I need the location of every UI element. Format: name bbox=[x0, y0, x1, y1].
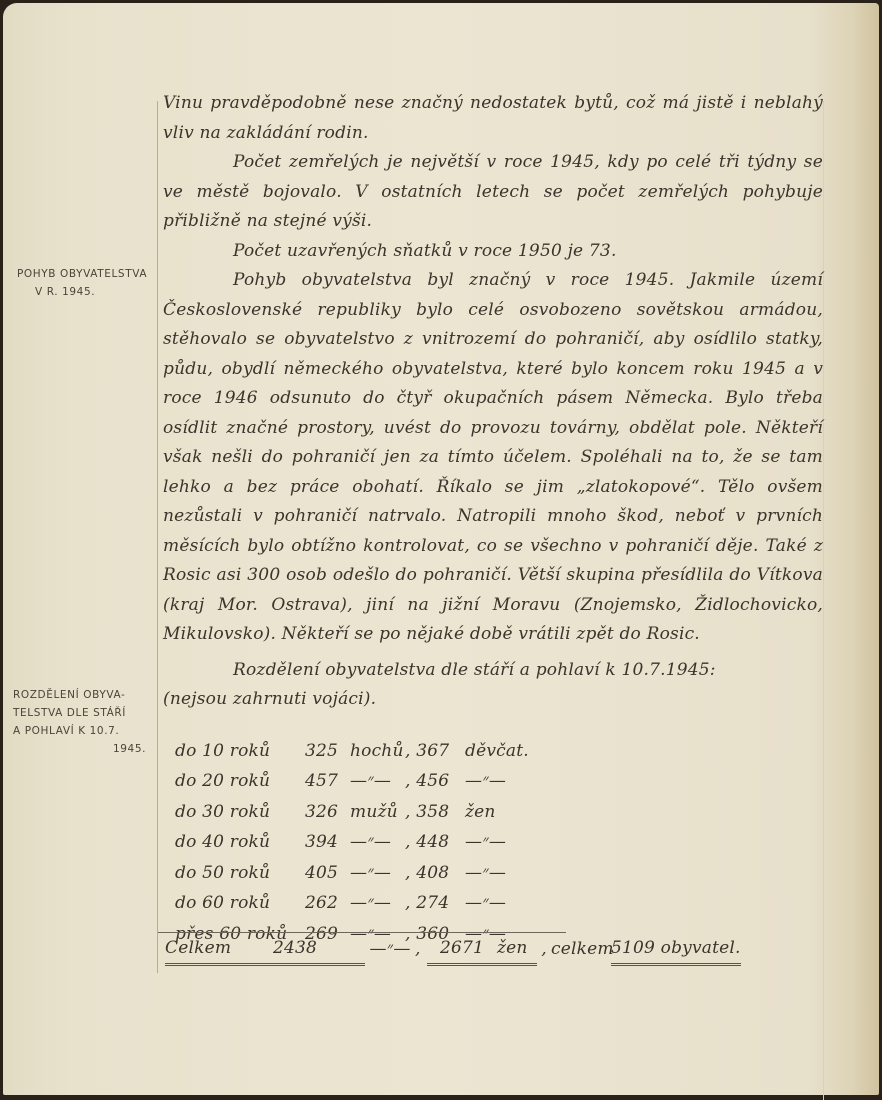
male-count: 457 bbox=[305, 767, 350, 797]
male-count: 326 bbox=[305, 798, 350, 828]
separator: , 456 bbox=[405, 767, 465, 797]
age-cell: do 20 roků bbox=[175, 767, 305, 797]
margin-note-line: 1945. bbox=[13, 740, 146, 758]
separator: , 274 bbox=[405, 889, 465, 919]
male-unit: —״— bbox=[350, 859, 405, 889]
female-count: 367 bbox=[416, 741, 449, 761]
total-male: 2438 bbox=[225, 934, 365, 967]
age-cell: do 30 roků bbox=[175, 798, 305, 828]
margin-note-line: Pohyb obyvatelstva bbox=[17, 265, 147, 283]
margin-note-line: v r. 1945. bbox=[17, 283, 147, 301]
table-heading: Rozdělení obyvatelstva dle stáří a pohla… bbox=[163, 656, 823, 686]
right-margin-rule bbox=[823, 101, 824, 1100]
total-male-unit: —״— bbox=[365, 935, 415, 965]
female-unit: děvčat. bbox=[465, 737, 545, 767]
table-row: do 30 roků 326 mužů , 358 žen bbox=[175, 797, 545, 828]
total-female-unit: žen bbox=[497, 934, 537, 967]
female-count: 448 bbox=[416, 832, 449, 852]
male-unit: —״— bbox=[350, 828, 405, 858]
age-cell: do 40 roků bbox=[175, 828, 305, 858]
separator: , 448 bbox=[405, 828, 465, 858]
margin-rule bbox=[157, 101, 158, 973]
female-unit: —״— bbox=[465, 767, 545, 797]
totals-row: Celkem 2438 —״— , 2671 žen , celkem 5109… bbox=[165, 933, 741, 967]
female-unit: —״— bbox=[465, 828, 545, 858]
age-cell: do 50 roků bbox=[175, 859, 305, 889]
total-label: Celkem bbox=[165, 934, 225, 967]
male-count: 262 bbox=[305, 889, 350, 919]
male-count: 325 bbox=[305, 737, 350, 767]
grand-total: 5109 obyvatel. bbox=[611, 934, 741, 967]
female-count: 358 bbox=[416, 802, 449, 822]
paragraph-housing: Vinu pravděpodobně nese značný nedostate… bbox=[163, 89, 823, 148]
table-row: do 40 roků 394 —״— , 448 —״— bbox=[175, 828, 545, 859]
female-unit: —״— bbox=[465, 859, 545, 889]
male-unit: mužů bbox=[350, 798, 405, 828]
margin-note-distribution: Rozdělení obyva- telstva dle stáří a poh… bbox=[13, 686, 146, 758]
age-cell: do 10 roků bbox=[175, 737, 305, 767]
female-count: 274 bbox=[416, 893, 449, 913]
male-unit: —״— bbox=[350, 767, 405, 797]
margin-note-population-movement: Pohyb obyvatelstva v r. 1945. bbox=[17, 265, 147, 301]
total-female: 2671 bbox=[427, 934, 497, 967]
separator: , 367 bbox=[405, 737, 465, 767]
handwritten-body: Vinu pravděpodobně nese značný nedostate… bbox=[163, 89, 823, 715]
table-row: do 60 roků 262 —״— , 274 —״— bbox=[175, 889, 545, 920]
table-note: (nejsou zahrnuti vojáci). bbox=[163, 685, 823, 715]
ledger-page: Pohyb obyvatelstva v r. 1945. Rozdělení … bbox=[3, 3, 879, 1095]
margin-note-line: Rozdělení obyva- bbox=[13, 686, 146, 704]
female-unit: žen bbox=[465, 798, 545, 828]
margin-note-line: telstva dle stáří bbox=[13, 704, 146, 722]
paragraph-marriages: Počet uzavřených sňatků v roce 1950 je 7… bbox=[163, 237, 823, 267]
grand-total-label: celkem bbox=[551, 935, 611, 965]
male-unit: —״— bbox=[350, 889, 405, 919]
female-count: 456 bbox=[416, 771, 449, 791]
age-cell: do 60 roků bbox=[175, 889, 305, 919]
paragraph-deaths: Počet zemřelých je největší v roce 1945,… bbox=[163, 148, 823, 237]
male-count: 405 bbox=[305, 859, 350, 889]
female-unit: —״— bbox=[465, 889, 545, 919]
table-row: do 20 roků 457 —״— , 456 —״— bbox=[175, 767, 545, 798]
margin-note-line: a pohlaví k 10.7. bbox=[13, 722, 146, 740]
male-unit: hochů bbox=[350, 737, 405, 767]
table-row: do 10 roků 325 hochů , 367 děvčat. bbox=[175, 736, 545, 767]
separator: , 408 bbox=[405, 859, 465, 889]
table-row: do 50 roků 405 —״— , 408 —״— bbox=[175, 858, 545, 889]
separator: , 358 bbox=[405, 798, 465, 828]
female-count: 408 bbox=[416, 863, 449, 883]
paragraph-population-movement: Pohyb obyvatelstva byl značný v roce 194… bbox=[163, 266, 823, 650]
age-distribution-table: do 10 roků 325 hochů , 367 děvčat. do 20… bbox=[175, 736, 545, 950]
male-count: 394 bbox=[305, 828, 350, 858]
